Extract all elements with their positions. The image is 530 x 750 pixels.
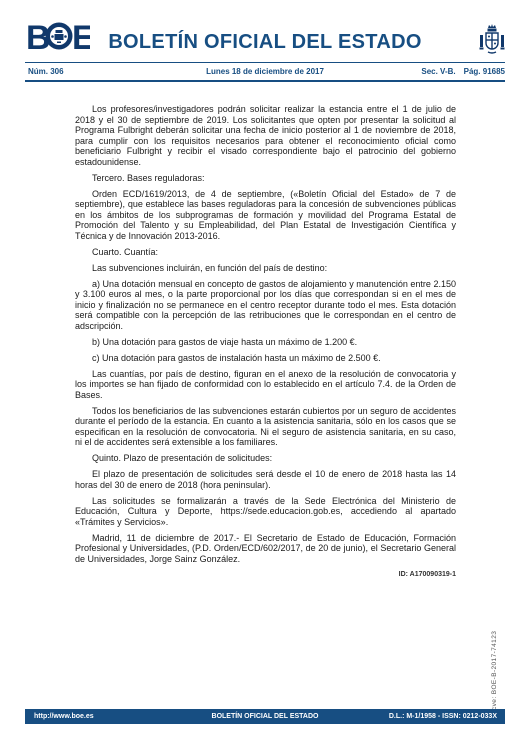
body-paragraph: Quinto. Plazo de presentación de solicit… bbox=[75, 453, 456, 464]
footer-legal: D.L.: M-1/1958 - ISSN: 0212-033X bbox=[389, 713, 497, 720]
section-label: Sec. V-B. bbox=[421, 67, 455, 76]
boe-document-page: B E BOLETÍN OFICIAL DEL ESTADO Núm. 306 bbox=[0, 0, 530, 750]
body-paragraph: Las subvenciones incluirán, en función d… bbox=[75, 263, 456, 274]
footer-bar: http://www.boe.es BOLETÍN OFICIAL DEL ES… bbox=[25, 709, 505, 724]
page-number: Pág. 91685 bbox=[464, 67, 505, 76]
body-paragraph: El plazo de presentación de solicitudes … bbox=[75, 469, 456, 490]
body-paragraph: Todos los beneficiarios de las subvencio… bbox=[75, 406, 456, 448]
body-paragraph: b) Una dotación para gastos de viaje has… bbox=[75, 337, 456, 348]
section-page: Sec. V-B.Pág. 91685 bbox=[413, 67, 505, 76]
cve-code: cve: BOE-B-2017-74123 bbox=[491, 616, 498, 710]
header-rule-bottom bbox=[25, 80, 505, 82]
header-rule-top bbox=[25, 62, 505, 63]
body-paragraph: Las cuantías, por país de destino, figur… bbox=[75, 369, 456, 401]
body-paragraph: Orden ECD/1619/2013, de 4 de septiembre,… bbox=[75, 189, 456, 242]
body-paragraph: Tercero. Bases reguladoras: bbox=[75, 173, 456, 184]
body-paragraph: a) Una dotación mensual en concepto de g… bbox=[75, 279, 456, 332]
document-id: ID: A170090319-1 bbox=[75, 570, 456, 581]
body-paragraph: Los profesores/investigadores podrán sol… bbox=[75, 104, 456, 167]
body-paragraph: Las solicitudes se formalizarán a través… bbox=[75, 496, 456, 528]
body-paragraph: Madrid, 11 de diciembre de 2017.- El Sec… bbox=[75, 533, 456, 565]
header-info-row: Núm. 306 Lunes 18 de diciembre de 2017 S… bbox=[25, 65, 505, 78]
document-body: Los profesores/investigadores podrán sol… bbox=[75, 104, 456, 580]
spain-coat-of-arms-icon bbox=[478, 22, 506, 60]
body-paragraph: Cuarto. Cuantía: bbox=[75, 247, 456, 258]
page-title: BOLETÍN OFICIAL DEL ESTADO bbox=[0, 31, 530, 54]
body-paragraph: c) Una dotación para gastos de instalaci… bbox=[75, 353, 456, 364]
